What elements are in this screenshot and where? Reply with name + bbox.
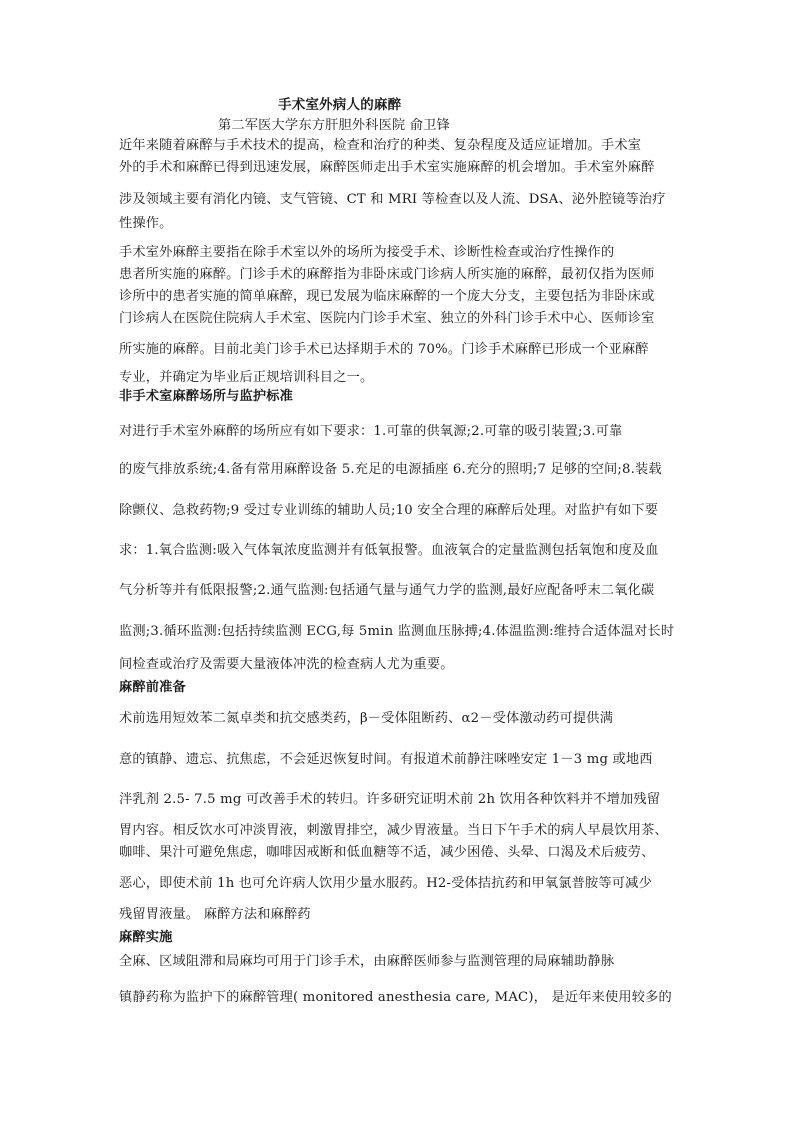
paragraph-line: 镇静药称为监护下的麻醉管理( monitored anesthesia care… [119, 990, 672, 1006]
paragraph-line: 求：1.氧合监测:吸入气体氧浓度监测并有低氧报警。血液氧合的定量监测包括氧饱和度… [119, 543, 659, 559]
author-line: 第二军医大学东方肝胆外科医院 俞卫锋 [218, 118, 450, 134]
paragraph-line: 监测;3.循环监测:包括持续监测 ECG,每 5min 监测血压脉搏;4.体温监… [119, 624, 674, 640]
paragraph-line: 胃内容。相反饮水可冲淡胃液，刺激胃排空，减少胃液量。当日下午手术的病人早晨饮用茶… [119, 823, 668, 839]
paragraph-line: 门诊病人在医院住院病人手术室、医院内门诊手术室、独立的外科门诊手术中心、医师诊室 [119, 311, 655, 327]
paragraph-line: 残留胃液量。 麻醉方法和麻醉药 [119, 907, 311, 923]
paragraph-line: 间检查或治疗及需要大量液体冲洗的检查病人尤为重要。 [119, 657, 454, 673]
document-page: 手术室外病人的麻醉 第二军医大学东方肝胆外科医院 俞卫锋 近年来随着麻醉与手术技… [0, 0, 793, 1122]
paragraph-line: 手术室外麻醉主要指在除手术室以外的场所为接受手术、诊断性检查或治疗性操作的 [119, 245, 614, 261]
paragraph-line: 恶心，即使术前 1h 也可允许病人饮用少量水服药。H2-受体拮抗药和甲氧氯普胺等… [119, 876, 652, 892]
paragraph-line: 泮乳剂 2.5- 7.5 mg 可改善手术的转归。许多研究证明术前 2h 饮用各… [119, 792, 660, 808]
paragraph-line: 全麻、区域阻滞和局麻均可用于门诊手术，由麻醉医师参与监测管理的局麻辅助静脉 [119, 954, 614, 970]
paragraph-line: 患者所实施的麻醉。门诊手术的麻醉指为非卧床或门诊病人所实施的麻醉，最初仅指为医师 [119, 267, 655, 283]
paragraph-line: 性操作。 [119, 216, 173, 232]
paragraph-line: 意的镇静、遗忘、抗焦虑，不会延迟恢复时间。有报道术前静注咪唑安定 1－3 mg … [119, 752, 653, 768]
document-title: 手术室外病人的麻醉 [278, 97, 401, 113]
paragraph-line: 外的手术和麻醉已得到迅速发展，麻醉医师走出手术室实施麻醉的机会增加。手术室外麻醉 [119, 160, 655, 176]
paragraph-line: 诊所中的患者实施的简单麻醉，现已发展为临床麻醉的一个庞大分支，主要包括为非卧床或 [119, 289, 655, 305]
paragraph-line: 的废气排放系统;4.备有常用麻醉设备 5.充足的电源插座 6.充分的照明;7 足… [119, 462, 662, 478]
section-heading-implementation: 麻醉实施 [119, 930, 173, 946]
section-heading-venue-standards: 非手术室麻醉场所与监护标准 [119, 389, 293, 405]
paragraph-line: 所实施的麻醉。目前北美门诊手术已达择期手术的 70%。门诊手术麻醉已形成一个亚麻… [119, 342, 649, 358]
paragraph-line: 专业，并确定为毕业后正规培训科目之一。 [119, 370, 373, 386]
paragraph-line: 术前选用短效苯二氮卓类和抗交感类药，β－受体阻断药、α2－受体激动药可提供满 [119, 711, 613, 727]
paragraph-line: 除颤仪、急救药物;9 受过专业训练的辅助人员;10 安全合理的麻醉后处理。对监护… [119, 503, 658, 519]
paragraph-line: 对进行手术室外麻醉的场所应有如下要求：1.可靠的供氧源;2.可靠的吸引装置;3.… [119, 424, 622, 440]
section-heading-preanesthesia: 麻醉前准备 [119, 680, 186, 696]
paragraph-line: 气分析等并有低限报警;2.通气监测:包括通气量与通气力学的监测,最好应配备呼末二… [119, 583, 654, 599]
paragraph-line: 咖啡、果汁可避免焦虑，咖啡因戒断和低血糖等不适，减少困倦、头晕、口渴及术后疲劳、 [119, 845, 655, 861]
paragraph-line: 涉及领域主要有消化内镜、支气管镜、CT 和 MRI 等检查以及人流、DSA、泌外… [119, 192, 666, 208]
paragraph-line: 近年来随着麻醉与手术技术的提高，检查和治疗的种类、复杂程度及适应证增加。手术室 [119, 138, 641, 154]
